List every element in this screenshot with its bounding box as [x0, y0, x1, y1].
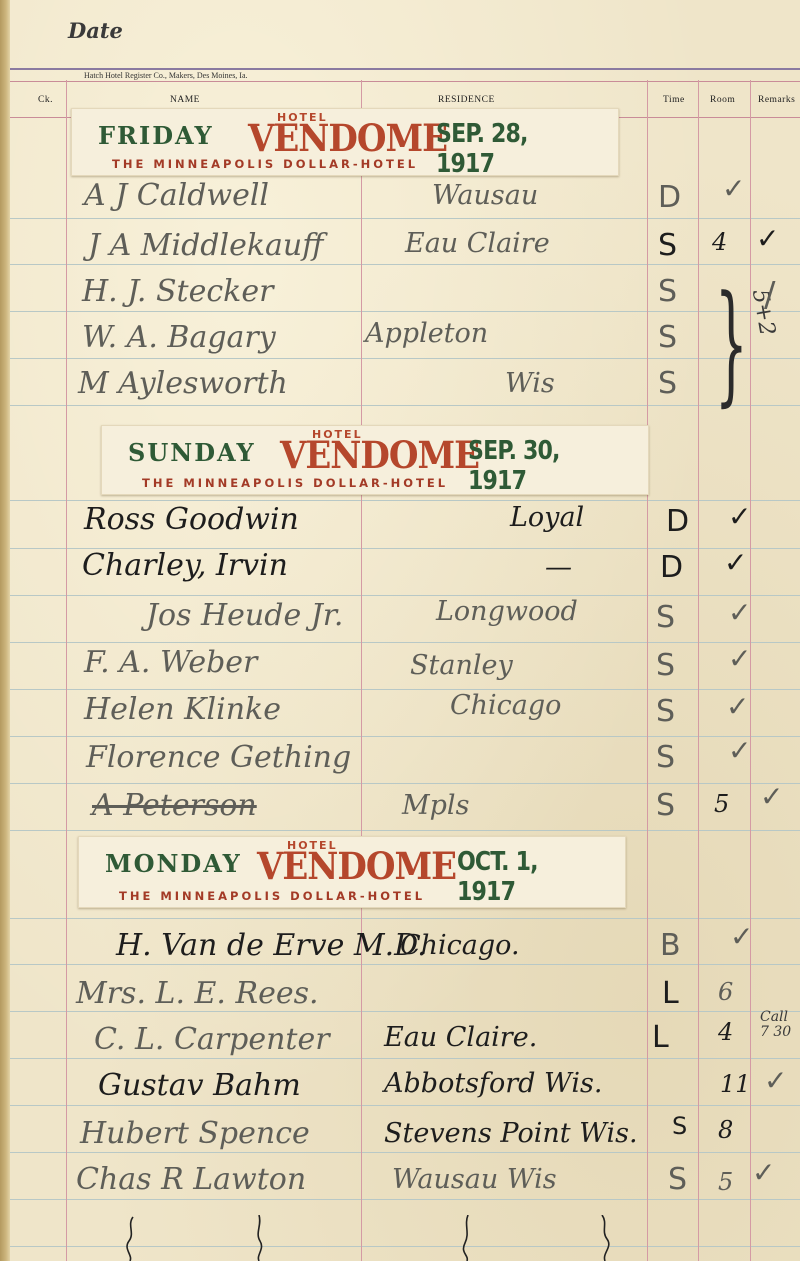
time-code: S: [656, 788, 675, 823]
column-header-ck: Ck.: [38, 95, 53, 105]
time-code: S: [658, 366, 677, 401]
room-number: 4: [712, 228, 727, 256]
room-number: 8: [718, 1116, 733, 1144]
guest-name: Jos Heude Jr.: [146, 598, 343, 633]
guest-name: Gustav Bahm: [98, 1068, 301, 1103]
date-stamp-oct1: MONDAY HOTEL VENDOME OCT. 1, 1917 THE MI…: [78, 836, 626, 908]
stamp-date: SEP. 30, 1917: [468, 436, 621, 496]
guest-residence: Appleton: [365, 318, 488, 349]
guest-name: A J Caldwell: [84, 178, 269, 213]
column-header-name: NAME: [170, 95, 200, 105]
check-mark: ✓: [756, 222, 779, 255]
time-code: S: [656, 648, 675, 683]
time-code: D: [658, 180, 681, 215]
stamp-date: OCT. 1, 1917: [457, 847, 600, 907]
guest-name: Ross Goodwin: [84, 502, 299, 537]
time-code: L: [652, 1020, 669, 1055]
time-code: S: [658, 274, 677, 309]
squiggle-mark: [460, 1215, 474, 1261]
date-stamp-sep28: FRIDAY HOTEL VENDOME SEP. 28, 1917 THE M…: [71, 108, 619, 176]
book-binding-edge: [0, 0, 10, 1261]
time-code: D: [660, 550, 683, 585]
check-mark: ✓: [726, 690, 749, 723]
room-number: 11: [720, 1070, 751, 1098]
guest-name: W. A. Bagary: [82, 320, 276, 355]
check-mark: ✓: [728, 642, 751, 675]
time-code: S: [668, 1162, 687, 1197]
stamp-tagline: THE MINNEAPOLIS DOLLAR-HOTEL: [112, 157, 418, 171]
guest-name: Chas R Lawton: [76, 1162, 306, 1197]
time-code: D: [666, 504, 689, 539]
guest-residence: Chicago: [450, 690, 561, 721]
stamp-tagline: THE MINNEAPOLIS DOLLAR-HOTEL: [119, 889, 425, 903]
header-rule-top: [10, 68, 800, 70]
guest-residence: Wausau: [432, 180, 538, 211]
stamp-hotel-name: VENDOME: [257, 845, 456, 889]
time-code: S: [656, 694, 675, 729]
time-code: S: [658, 320, 677, 355]
page-date-label: Date: [68, 18, 123, 43]
guest-residence: —: [545, 552, 572, 583]
check-mark: ✓: [724, 546, 747, 579]
room-number: 6: [718, 978, 733, 1006]
guest-residence: Chicago.: [400, 930, 520, 961]
time-code: S: [656, 740, 675, 775]
column-header-remarks: Remarks: [758, 95, 795, 105]
time-code: L: [662, 976, 679, 1011]
guest-residence: Loyal: [510, 502, 584, 533]
squiggle-mark: [598, 1215, 612, 1261]
check-mark: ✓: [730, 920, 753, 953]
time-code: B: [660, 928, 681, 963]
guest-residence: Mpls: [402, 790, 469, 821]
time-code: S: [658, 228, 677, 263]
guest-name: C. L. Carpenter: [94, 1022, 330, 1057]
room-number: 4: [718, 1018, 733, 1046]
guest-residence: Wausau Wis: [392, 1164, 557, 1195]
stamp-day: FRIDAY: [98, 121, 214, 150]
guest-residence: Wis: [505, 368, 555, 399]
header-rule-mid: [10, 81, 800, 82]
guest-name: A Peterson: [92, 788, 257, 823]
guest-name: F. A. Weber: [84, 645, 257, 680]
guest-name: M Aylesworth: [78, 366, 288, 401]
stamp-day: SUNDAY: [128, 438, 256, 467]
stamp-date: SEP. 28, 1917: [436, 119, 591, 179]
guest-name: H. J. Stecker: [82, 274, 273, 309]
stamp-hotel-name: VENDOME: [280, 434, 479, 478]
guest-name: Hubert Spence: [80, 1116, 310, 1151]
room-number: 5: [718, 1168, 733, 1196]
guest-residence: Stanley: [410, 650, 513, 681]
guest-residence: Abbotsford Wis.: [384, 1068, 602, 1099]
squiggle-mark: [124, 1215, 138, 1261]
guest-residence: Eau Claire: [405, 228, 550, 259]
check-mark: ✓: [722, 172, 745, 205]
guest-residence: Eau Claire.: [384, 1022, 537, 1053]
guest-residence: Longwood: [436, 596, 578, 627]
stamp-hotel-name: VENDOME: [248, 117, 447, 161]
check-mark: ✓: [728, 734, 751, 767]
column-header-residence: RESIDENCE: [438, 95, 495, 105]
guest-residence: Stevens Point Wis.: [384, 1118, 638, 1149]
check-mark: ✓: [728, 596, 751, 629]
check-mark: ✓: [764, 1064, 787, 1097]
guest-name: Charley, Irvin: [82, 548, 288, 583]
date-stamp-sep30: SUNDAY HOTEL VENDOME SEP. 30, 1917 THE M…: [101, 425, 649, 495]
time-code: S: [656, 600, 675, 635]
room-number: 5: [714, 790, 729, 818]
check-mark: ✓: [728, 500, 751, 533]
check-mark: ✓: [760, 780, 783, 813]
guest-name: J A Middlekauff: [88, 228, 323, 263]
maker-imprint: Hatch Hotel Register Co., Makers, Des Mo…: [84, 71, 248, 80]
time-code: S: [672, 1112, 687, 1140]
column-header-room: Room: [710, 95, 735, 105]
column-header-time: Time: [663, 95, 685, 105]
bracket-mark: }: [715, 278, 748, 408]
stamp-tagline: THE MINNEAPOLIS DOLLAR-HOTEL: [142, 476, 448, 490]
guest-name: Mrs. L. E. Rees.: [76, 976, 319, 1011]
guest-name: Florence Gething: [86, 740, 351, 775]
guest-name: Helen Klinke: [84, 692, 281, 727]
stamp-day: MONDAY: [105, 849, 242, 878]
check-mark: ✓: [752, 1156, 775, 1189]
check-mark: /: [764, 275, 775, 315]
squiggle-mark: [252, 1215, 266, 1261]
call-time-note: Call 7 30: [760, 1010, 800, 1040]
guest-name: H. Van de Erve M.D.: [116, 928, 427, 963]
